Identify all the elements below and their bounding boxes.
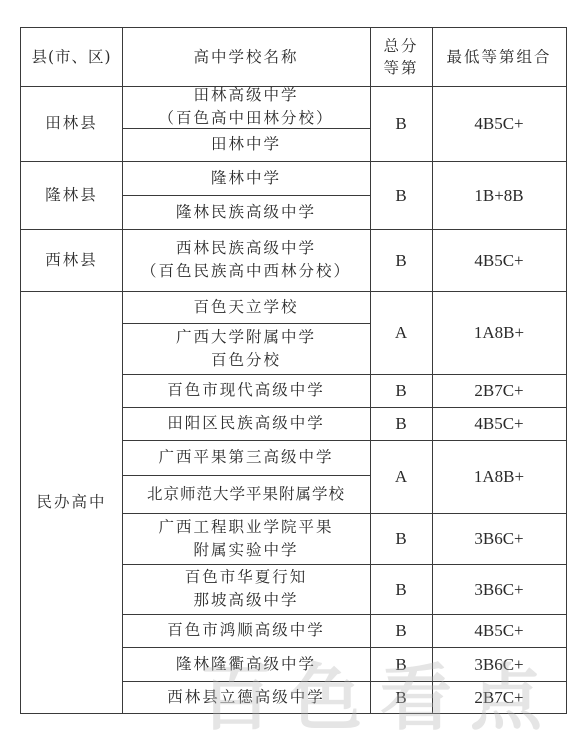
grade-cell: B xyxy=(370,86,432,161)
combo-cell: 1A8B+ xyxy=(432,291,566,374)
combo-cell: 3B6C+ xyxy=(432,647,566,681)
school-name-line: （百色高中田林分校） xyxy=(158,107,333,130)
school-cell: 广西平果第三高级中学 xyxy=(122,440,370,475)
school-cell: 田林中学 xyxy=(122,128,370,161)
header-total-grade: 总分 等第 xyxy=(370,28,432,86)
school-cell: 隆林中学 xyxy=(122,161,370,195)
combo-cell: 4B5C+ xyxy=(432,614,566,647)
grade-cell: B xyxy=(370,614,432,647)
school-cell: 隆林隆衢高级中学 xyxy=(122,647,370,681)
school-name-line: 田林高级中学 xyxy=(193,84,298,107)
school-cell: 百色市鸿顺高级中学 xyxy=(122,614,370,647)
school-cell: 田阳区民族高级中学 xyxy=(122,407,370,440)
combo-cell: 2B7C+ xyxy=(432,374,566,407)
school-name-line: 广西大学附属中学 xyxy=(176,326,316,349)
grade-cell: B xyxy=(370,161,432,229)
grade-cell: B xyxy=(370,681,432,713)
school-cell: 西林民族高级中学 （百色民族高中西林分校） xyxy=(122,229,370,291)
school-name-line: 百色市华夏行知 xyxy=(185,566,308,589)
header-total-grade-line2: 等第 xyxy=(383,57,418,79)
county-cell: 民办高中 xyxy=(21,291,122,713)
county-cell: 隆林县 xyxy=(21,161,122,229)
school-cell: 百色市华夏行知 那坡高级中学 xyxy=(122,564,370,614)
combo-cell: 1B+8B xyxy=(432,161,566,229)
grade-cell: B xyxy=(370,647,432,681)
combo-cell: 4B5C+ xyxy=(432,229,566,291)
grade-cell: B xyxy=(370,513,432,564)
school-cell: 隆林民族高级中学 xyxy=(122,195,370,229)
combo-cell: 1A8B+ xyxy=(432,440,566,513)
school-name-line: 百色分校 xyxy=(211,349,281,372)
school-name-line: （百色民族高中西林分校） xyxy=(141,260,351,283)
header-county: 县(市、区) xyxy=(21,28,122,86)
grade-cell: B xyxy=(370,229,432,291)
county-cell: 田林县 xyxy=(21,86,122,161)
grade-cell: B xyxy=(370,564,432,614)
school-name-line: 广西工程职业学院平果 xyxy=(158,516,333,539)
school-name-line: 那坡高级中学 xyxy=(193,589,298,612)
header-total-grade-line1: 总分 xyxy=(383,35,418,57)
grade-cell: B xyxy=(370,407,432,440)
school-name-line: 西林民族高级中学 xyxy=(176,237,316,260)
header-school: 高中学校名称 xyxy=(122,28,370,86)
school-cell: 北京师范大学平果附属学校 xyxy=(122,475,370,513)
county-cell: 西林县 xyxy=(21,229,122,291)
grade-cell: B xyxy=(370,374,432,407)
school-cell: 广西大学附属中学 百色分校 xyxy=(122,323,370,374)
grade-cell: A xyxy=(370,291,432,374)
school-cell: 百色天立学校 xyxy=(122,291,370,323)
grade-cell: A xyxy=(370,440,432,513)
combo-cell: 4B5C+ xyxy=(432,86,566,161)
school-name-line: 附属实验中学 xyxy=(193,539,298,562)
combo-cell: 2B7C+ xyxy=(432,681,566,713)
combo-cell: 3B6C+ xyxy=(432,513,566,564)
school-cell: 西林县立德高级中学 xyxy=(122,681,370,713)
combo-cell: 4B5C+ xyxy=(432,407,566,440)
admission-table: 县(市、区) 高中学校名称 总分 等第 最低等第组合 田林县 田林高级中学 （百… xyxy=(20,27,567,714)
school-cell: 广西工程职业学院平果 附属实验中学 xyxy=(122,513,370,564)
combo-cell: 3B6C+ xyxy=(432,564,566,614)
school-cell: 百色市现代高级中学 xyxy=(122,374,370,407)
school-cell: 田林高级中学 （百色高中田林分校） xyxy=(122,86,370,128)
header-min-combo: 最低等第组合 xyxy=(432,28,566,86)
